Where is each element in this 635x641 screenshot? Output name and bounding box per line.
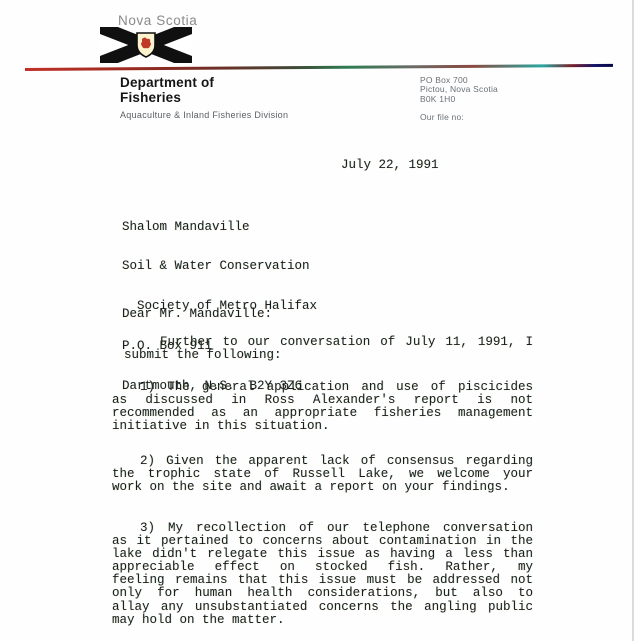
body-line: work on the site and await a report on y… — [112, 481, 533, 494]
file-number-label: Our file no: — [420, 112, 464, 122]
letter-date: July 22, 1991 — [341, 159, 439, 172]
recipient-line: Shalom Mandaville — [122, 221, 317, 234]
scanned-letter-page: Nova Scotia Department of Fisheries Aqua… — [0, 0, 635, 641]
scan-edge-artifact — [632, 0, 634, 641]
department-line-1: Department of — [120, 75, 214, 90]
body-line: may hold on the matter. — [112, 614, 533, 627]
numbered-paragraph-1: 1) The general application and use of pi… — [112, 381, 533, 433]
salutation: Dear Mr. Mandaville: — [122, 308, 272, 321]
division-name: Aquaculture & Inland Fisheries Division — [120, 110, 288, 120]
opening-paragraph: Further to our conversation of July 11, … — [124, 336, 533, 362]
body-line: only for human health considerations, bu… — [112, 587, 533, 600]
sender-address: PO Box 700 Pictou, Nova Scotia B0K 1H0 — [420, 76, 498, 104]
body-line: allay any unsubstantiated concerns the a… — [112, 601, 533, 614]
recipient-line: Soil & Water Conservation — [122, 260, 317, 273]
sender-address-line: B0K 1H0 — [420, 95, 498, 104]
numbered-paragraph-2: 2) Given the apparent lack of consensus … — [112, 455, 533, 494]
nova-scotia-flag-icon — [100, 27, 192, 68]
department-line-2: Fisheries — [120, 90, 214, 105]
department-title: Department of Fisheries — [120, 75, 214, 105]
numbered-paragraph-3: 3) My recollection of our telephone conv… — [112, 522, 533, 627]
body-line: initiative in this situation. — [112, 420, 533, 433]
body-line: submit the following: — [124, 349, 533, 362]
nova-scotia-wordmark: Nova Scotia — [118, 13, 197, 28]
